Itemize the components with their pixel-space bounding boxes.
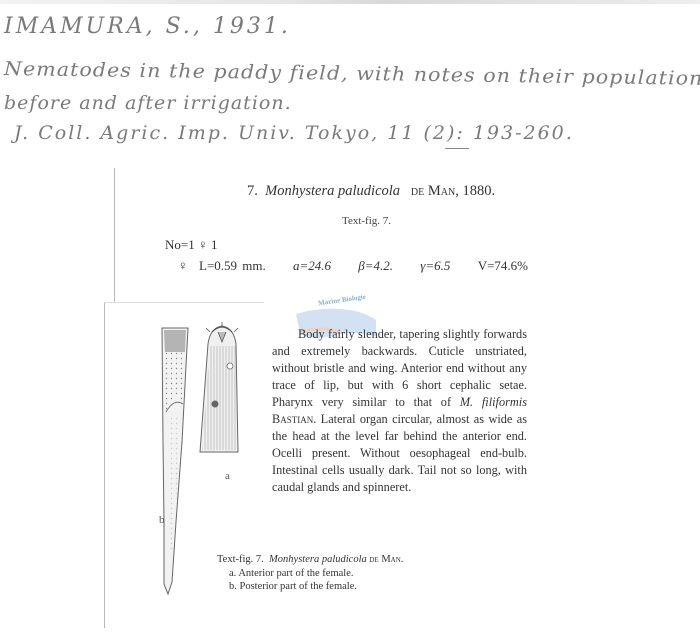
measurements-row: ♀ L=0.59 mm. a=24.6 β=4.2. γ=6.5 V=74.6% xyxy=(178,258,550,274)
caption-item-b: b. Posterior part of the female. xyxy=(217,580,403,594)
handwritten-title-line2: before and after irrigation. xyxy=(4,92,292,114)
anterior-drawing-a xyxy=(200,322,238,452)
caption-species: Monhystera paludicola xyxy=(269,554,367,565)
volume-underline xyxy=(445,148,469,149)
description-paragraph: Body fairly slender, tapering slightly f… xyxy=(272,326,527,496)
measure-a: a=24.6 xyxy=(293,258,331,273)
clipping-edge-upper xyxy=(114,168,115,302)
measure-v: V=74.6% xyxy=(478,258,528,273)
measure-gamma: γ=6.5 xyxy=(420,258,450,273)
handwritten-author-year: IMAMURA, S., 1931. xyxy=(4,14,291,39)
handwritten-title-line1: Nematodes in the paddy field, with notes… xyxy=(4,58,700,90)
caption-item-a: a. Anterior part of the female. xyxy=(217,567,403,581)
measure-length: L=0.59 mm. xyxy=(199,258,266,273)
figure-caption: Text-fig. 7. Monhystera paludicola de Ma… xyxy=(217,553,403,594)
caption-title: Text-fig. 7. Monhystera paludicola de Ma… xyxy=(217,553,403,567)
measure-sex: ♀ xyxy=(178,258,188,273)
species-number: 7. xyxy=(247,183,258,199)
figure-label-b: b xyxy=(159,514,165,526)
clipping-edge-lower xyxy=(104,302,105,628)
clipping-edge-horizontal xyxy=(104,302,264,303)
reference-author: Bastian xyxy=(272,412,313,426)
species-author: de Man xyxy=(411,183,455,199)
specimen-count: No=1 ♀ 1 xyxy=(165,237,217,253)
figure-label-a: a xyxy=(225,470,230,482)
species-description: Body fairly slender, tapering slightly f… xyxy=(272,326,527,496)
species-name: Monhystera paludicola xyxy=(265,183,400,199)
measure-beta: β=4.2. xyxy=(358,258,393,273)
caption-prefix: Text-fig. 7. xyxy=(217,554,264,565)
species-heading: 7. Monhystera paludicola de Man, 1880. xyxy=(247,183,495,200)
handwritten-journal: J. Coll. Agric. Imp. Univ. Tokyo, 11 (2)… xyxy=(14,122,574,144)
posterior-drawing-b xyxy=(162,328,188,594)
reference-species: M. filiformis xyxy=(460,395,527,409)
scan-top-edge xyxy=(0,0,700,4)
caption-author: de Man. xyxy=(369,554,403,565)
species-year: , 1880. xyxy=(455,183,495,199)
figure-reference: Text-fig. 7. xyxy=(342,215,391,227)
